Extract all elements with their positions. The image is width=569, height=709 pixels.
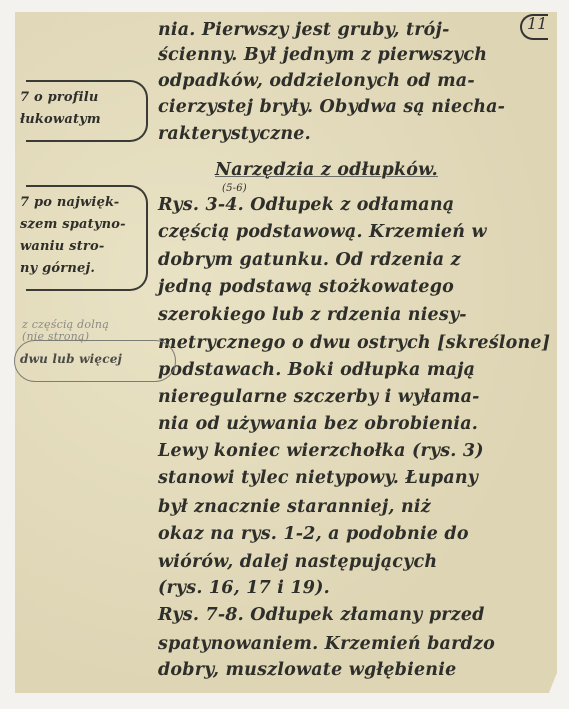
text-line: rakterystyczne. xyxy=(158,124,311,144)
section-heading: Narzędzia z odłupków. xyxy=(215,160,438,180)
text-line: Rys. 7-8. Odłupek złamany przed xyxy=(158,605,485,625)
text-line: stanowi tylec nietypowy. Łupany xyxy=(158,468,478,488)
text-line: jedną podstawą stożkowatego xyxy=(158,277,454,297)
text-line: dobrym gatunku. Od rdzenia z xyxy=(158,250,461,270)
text-line: nia. Pierwszy jest gruby, trój- xyxy=(158,20,450,40)
text-line: metrycznego o dwu ostrych [skreślone] xyxy=(158,333,550,353)
text-line: wiórów, dalej następujących xyxy=(158,552,437,572)
text-line: okaz na rys. 1-2, a podobnie do xyxy=(158,524,469,544)
text-line: (rys. 16, 17 i 19). xyxy=(158,578,330,598)
text-line: Rys. 3-4. Odłupek z odłamaną xyxy=(158,195,454,215)
text-line: nia od używania bez obrobienia. xyxy=(158,414,478,434)
text-line: szerokiego lub z rdzenia niesy- xyxy=(158,305,467,325)
text-line: (5-6) xyxy=(222,183,247,194)
text-line: częścią podstawową. Krzemień w xyxy=(158,222,487,242)
page-number: 11 xyxy=(527,14,547,33)
text-line: dobry, muszlowate wgłębienie xyxy=(158,660,456,680)
text-line: spatynowaniem. Krzemień bardzo xyxy=(158,634,495,654)
text-line: odpadków, oddzielonych od ma- xyxy=(158,71,475,91)
text-line: nieregularne szczerby i wyłama- xyxy=(158,387,480,407)
text-line: cierzystej bryły. Obydwa są niecha- xyxy=(158,97,505,117)
margin-bracket xyxy=(26,80,148,142)
text-line: był znacznie staranniej, niż xyxy=(158,497,431,517)
margin-pencil-loop xyxy=(14,340,176,382)
margin-bracket xyxy=(26,185,148,291)
text-line: Lewy koniec wierzchołka (rys. 3) xyxy=(158,441,484,461)
text-line: podstawach. Boki odłupka mają xyxy=(158,360,475,380)
text-line: ścienny. Był jednym z pierwszych xyxy=(158,45,487,65)
